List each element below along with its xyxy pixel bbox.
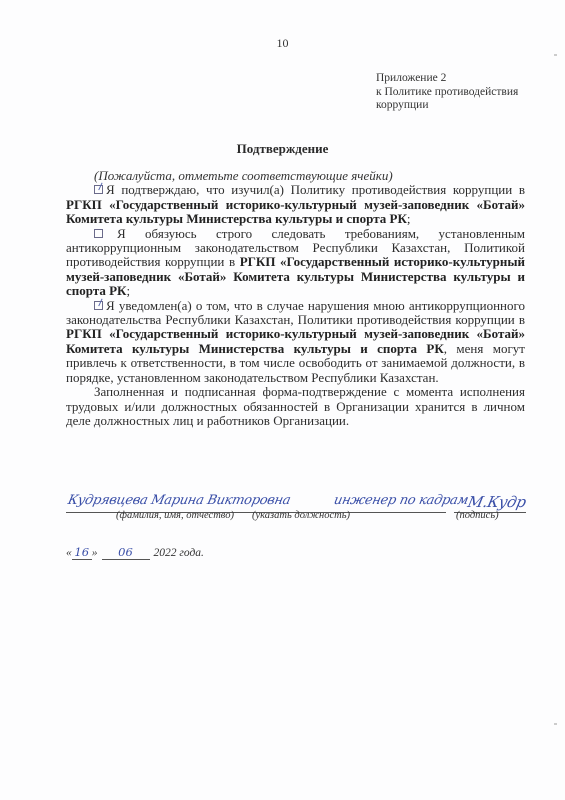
confirmation-item-1: Я подтверждаю, что изучил(а) Политику пр… bbox=[66, 183, 525, 226]
label-position: (указать должность) bbox=[252, 510, 350, 521]
item-1-organization: РГКП «Государственный историко-культурны… bbox=[66, 197, 525, 226]
handwritten-position[interactable]: инженер по кадрам bbox=[332, 493, 469, 508]
appendix-reference: Приложение 2 к Политике противодействия … bbox=[376, 72, 518, 113]
instruction-text: (Пожалуйста, отметьте соответствующие яч… bbox=[66, 169, 525, 183]
handwritten-full-name[interactable]: Кудрявцева Марина Викторовна bbox=[66, 493, 291, 508]
date-line: «16»062022 года. bbox=[66, 545, 204, 560]
document-title: Подтверждение bbox=[0, 141, 565, 157]
scan-artifact bbox=[554, 54, 557, 56]
confirmation-item-2: Я обязуюсь строго следовать требованиям,… bbox=[66, 227, 525, 299]
handwritten-signature[interactable]: М.Кудр bbox=[466, 493, 528, 511]
confirmation-item-3: Я уведомлен(а) о том, что в случае наруш… bbox=[66, 299, 525, 385]
item-1-suffix: ; bbox=[407, 211, 411, 226]
label-signature: (подпись) bbox=[456, 510, 499, 521]
item-2-suffix: ; bbox=[126, 283, 130, 298]
checkbox-checked-icon[interactable] bbox=[94, 301, 103, 310]
appendix-line-1: Приложение 2 bbox=[376, 72, 518, 86]
date-day-field[interactable]: 16 bbox=[72, 545, 92, 560]
item-3-text: Я уведомлен(а) о том, что в случае наруш… bbox=[66, 298, 525, 327]
label-full-name: (фамилия, имя, отчество) bbox=[116, 510, 234, 521]
checkbox-unchecked-icon[interactable] bbox=[94, 229, 103, 238]
checkbox-checked-icon[interactable] bbox=[94, 185, 103, 194]
date-month-field[interactable]: 06 bbox=[102, 545, 150, 560]
date-year-text: 2022 года. bbox=[154, 547, 204, 559]
item-1-text: Я подтверждаю, что изучил(а) Политику пр… bbox=[106, 182, 525, 197]
document-page: 10 Приложение 2 к Политике противодейств… bbox=[0, 0, 565, 800]
appendix-line-2: к Политике противодействия bbox=[376, 86, 518, 100]
document-body: (Пожалуйста, отметьте соответствующие яч… bbox=[66, 169, 525, 428]
appendix-line-3: коррупции bbox=[376, 99, 518, 113]
scan-artifact bbox=[554, 723, 557, 725]
date-close-quote: » bbox=[92, 547, 98, 559]
closing-paragraph: Заполненная и подписанная форма-подтверж… bbox=[66, 385, 525, 428]
page-number: 10 bbox=[0, 36, 565, 51]
